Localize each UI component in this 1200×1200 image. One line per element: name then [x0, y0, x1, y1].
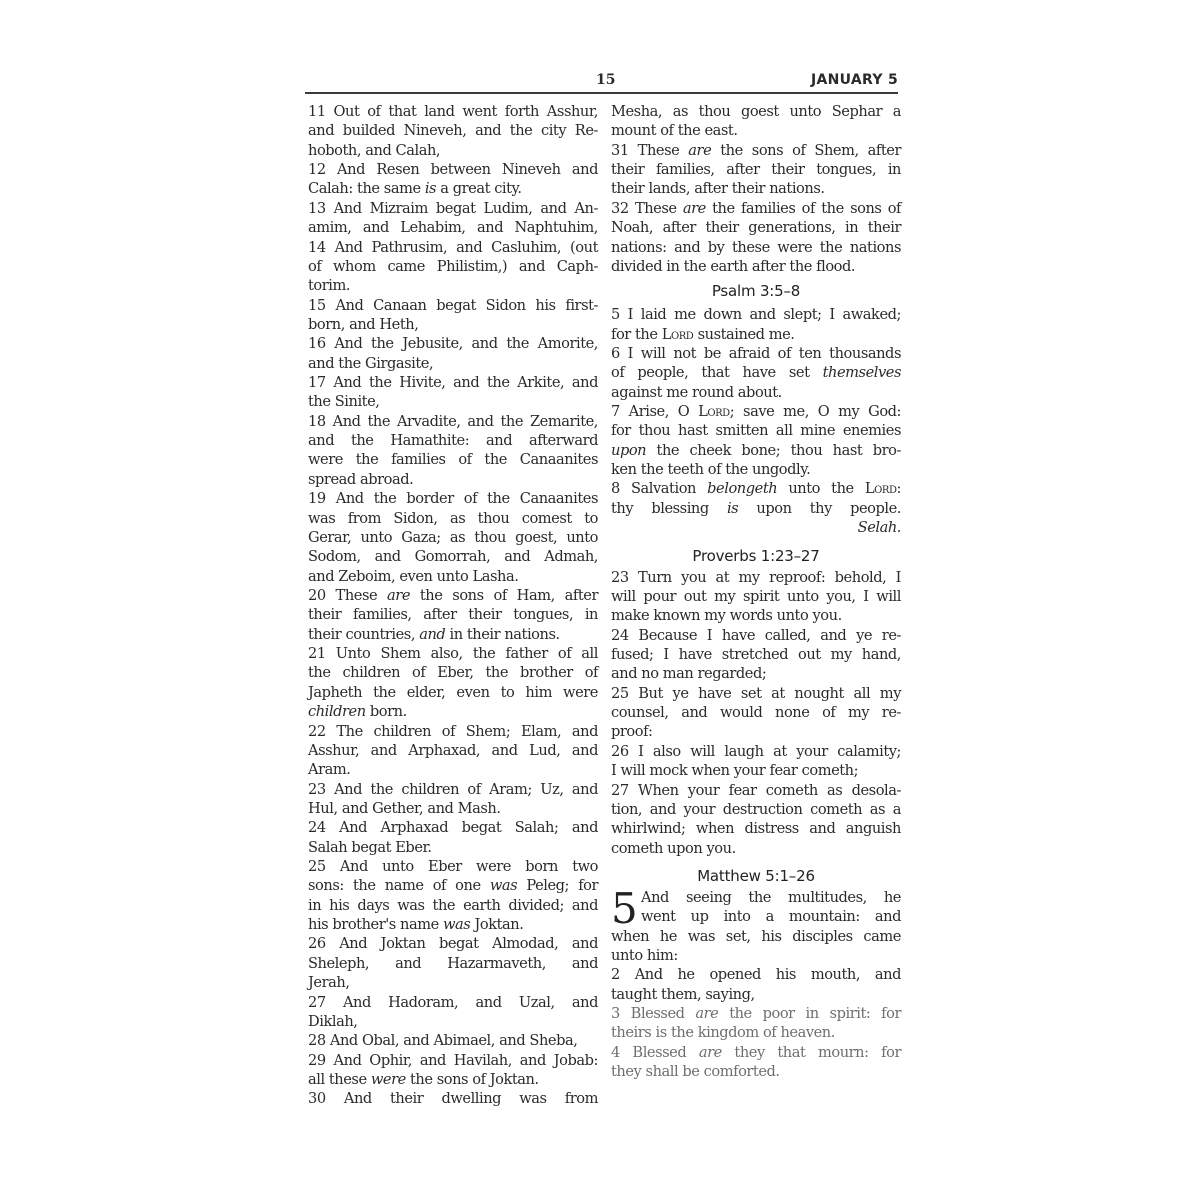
text-line: ken the teeth of the ungodly. — [611, 460, 901, 479]
verse-line: 32 These are the families of the sons of — [611, 199, 901, 218]
text-line: the Sinite, — [308, 392, 598, 411]
text-line: they shall be comforted. — [611, 1062, 901, 1081]
text-line: nations: and by these were the nations — [611, 238, 901, 257]
verse-line: 5 I laid me down and slept; I awaked; — [611, 305, 901, 324]
verse-line: 27 When your fear cometh as desola- — [611, 781, 901, 800]
matthew-text: 5 And seeing the multitudes, hewent up i… — [611, 888, 901, 1082]
text-line: thy blessing is upon thy people. — [611, 499, 901, 518]
matthew-heading: Matthew 5:1–26 — [611, 867, 901, 888]
text-line: mount of the east. — [611, 121, 901, 140]
verse-line: 7 Arise, O Lord; save me, O my God: — [611, 402, 901, 421]
verse-line: 24 Because I have called, and ye re- — [611, 626, 901, 645]
text-line: theirs is the kingdom of heaven. — [611, 1023, 901, 1042]
text-line: the children of Eber, the brother of — [308, 663, 598, 682]
text-line: unto him: — [611, 946, 901, 965]
text-line: their families, after their tongues, in — [611, 160, 901, 179]
text-line: torim. — [308, 276, 598, 295]
text-line: for the Lord sustained me. — [611, 325, 901, 344]
proverbs-text: 23 Turn you at my reproof: behold, Iwill… — [611, 568, 901, 858]
text-line: counsel, and would none of my re- — [611, 703, 901, 722]
text-line: of whom came Philistim,) and Caph- — [308, 257, 598, 276]
section-gap — [611, 538, 901, 547]
text-line: and Zeboim, even unto Lasha. — [308, 567, 598, 586]
drop-cap-chapter-number: 5 — [611, 891, 638, 927]
verse-line: 4 Blessed are they that mourn: for — [611, 1043, 901, 1062]
verse-line: 13 And Mizraim begat Ludim, and An- — [308, 199, 598, 218]
text-line: divided in the earth after the flood. — [611, 257, 901, 276]
text-line: I will mock when your fear cometh; — [611, 761, 901, 780]
text-line: tion, and your destruction cometh as a — [611, 800, 901, 819]
verse-line: 23 Turn you at my reproof: behold, I — [611, 568, 901, 587]
text-line: when he was set, his disciples came — [611, 927, 901, 946]
text-line: Diklah, — [308, 1012, 598, 1031]
verse-line: 30 And their dwelling was from — [308, 1089, 598, 1108]
genesis-continued: Mesha, as thou goest unto Sephar amount … — [611, 102, 901, 276]
text-line: taught them, saying, — [611, 985, 901, 1004]
verse-line: 14 And Pathrusim, and Casluhim, (out — [308, 238, 598, 257]
verse-line: 25 And unto Eber were born two — [308, 857, 598, 876]
text-line: their families, after their tongues, in — [308, 605, 598, 624]
text-line: amim, and Lehabim, and Naphtuhim, — [308, 218, 598, 237]
verse-line: 31 These are the sons of Shem, after — [611, 141, 901, 160]
verse-line: 23 And the children of Aram; Uz, and — [308, 780, 598, 799]
bible-page: 15 JANUARY 5 11 Out of that land went fo… — [0, 0, 1200, 1200]
psalm-text: 5 I laid me down and slept; I awaked;for… — [611, 305, 901, 537]
text-line: and the Hamathite: and afterward — [308, 431, 598, 450]
text-line: make known my words unto you. — [611, 606, 901, 625]
text-line: Calah: the same is a great city. — [308, 179, 598, 198]
running-title: JANUARY 5 — [811, 72, 898, 88]
text-line: their lands, after their nations. — [611, 179, 901, 198]
text-line: cometh upon you. — [611, 839, 901, 858]
verse-line: 16 And the Jebusite, and the Amorite, — [308, 334, 598, 353]
text-line: against me round about. — [611, 383, 901, 402]
verse-line: 27 And Hadoram, and Uzal, and — [308, 993, 598, 1012]
text-line: Sheleph, and Hazarmaveth, and — [308, 954, 598, 973]
text-line: spread abroad. — [308, 470, 598, 489]
text-line: upon the cheek bone; thou hast bro- — [611, 441, 901, 460]
verse-line: 11 Out of that land went forth Asshur, — [308, 102, 598, 121]
text-line: Gerar, unto Gaza; as thou goest, unto — [308, 528, 598, 547]
text-line: Mesha, as thou goest unto Sephar a — [611, 102, 901, 121]
text-line: for thou hast smitten all mine enemies — [611, 421, 901, 440]
verse-line: 26 I also will laugh at your calamity; — [611, 742, 901, 761]
verse-line: 28 And Obal, and Abimael, and Sheba, — [308, 1031, 598, 1050]
verse-line: 20 These are the sons of Ham, after — [308, 586, 598, 605]
text-line: his brother's name was Joktan. — [308, 915, 598, 934]
verse-line: 29 And Ophir, and Havilah, and Jobab: — [308, 1051, 598, 1070]
text-line: and the Girgasite, — [308, 354, 598, 373]
header-rule — [305, 92, 898, 94]
text-line: Japheth the elder, even to him were — [308, 683, 598, 702]
text-line: Asshur, and Arphaxad, and Lud, and — [308, 741, 598, 760]
verse-line: 2 And he opened his mouth, and — [611, 965, 901, 984]
proverbs-heading: Proverbs 1:23–27 — [611, 547, 901, 568]
text-line: was from Sidon, as thou comest to — [308, 509, 598, 528]
text-line: hoboth, and Calah, — [308, 141, 598, 160]
text-line: will pour out my spirit unto you, I will — [611, 587, 901, 606]
text-line: in his days was the earth divided; and — [308, 896, 598, 915]
text-line: Aram. — [308, 760, 598, 779]
verse-line: 6 I will not be afraid of ten thousands — [611, 344, 901, 363]
text-line: fused; I have stretched out my hand, — [611, 645, 901, 664]
text-line: all these were the sons of Joktan. — [308, 1070, 598, 1089]
text-line: children born. — [308, 702, 598, 721]
verse-line: 19 And the border of the Canaanites — [308, 489, 598, 508]
text-line: sons: the name of one was Peleg; for — [308, 876, 598, 895]
text-line: Jerah, — [308, 973, 598, 992]
text-line: born, and Heth, — [308, 315, 598, 334]
left-column: 11 Out of that land went forth Asshur,an… — [308, 102, 598, 1109]
text-line: proof: — [611, 722, 901, 741]
text-line: of people, that have set themselves — [611, 363, 901, 382]
verse-line: 3 Blessed are the poor in spirit: for — [611, 1004, 901, 1023]
running-head: 15 JANUARY 5 — [305, 70, 898, 92]
text-line: Selah. — [611, 518, 901, 537]
verse-line: 22 The children of Shem; Elam, and — [308, 722, 598, 741]
text-line: their countries, and in their nations. — [308, 625, 598, 644]
verse-line: 26 And Joktan begat Almodad, and — [308, 934, 598, 953]
verse-line: 17 And the Hivite, and the Arkite, and — [308, 373, 598, 392]
text-line: Salah begat Eber. — [308, 838, 598, 857]
text-line: Hul, and Gether, and Mash. — [308, 799, 598, 818]
text-line: whirlwind; when distress and anguish — [611, 819, 901, 838]
text-line: and builded Nineveh, and the city Re- — [308, 121, 598, 140]
text-line: Noah, after their generations, in their — [611, 218, 901, 237]
text-line: were the families of the Canaanites — [308, 450, 598, 469]
text-line: Sodom, and Gomorrah, and Admah, — [308, 547, 598, 566]
text-line: and no man regarded; — [611, 664, 901, 683]
page-number: 15 — [596, 72, 615, 88]
verse-line: 15 And Canaan begat Sidon his first- — [308, 296, 598, 315]
section-gap — [611, 858, 901, 867]
right-column: Mesha, as thou goest unto Sephar amount … — [611, 102, 901, 1082]
verse-line: 21 Unto Shem also, the father of all — [308, 644, 598, 663]
verse-line: 8 Salvation belongeth unto the Lord: — [611, 479, 901, 498]
psalm-heading: Psalm 3:5–8 — [611, 276, 901, 305]
text-line: And seeing the multitudes, he — [611, 888, 901, 907]
text-line: went up into a mountain: and — [611, 907, 901, 926]
verse-line: 18 And the Arvadite, and the Zemarite, — [308, 412, 598, 431]
verse-line: 24 And Arphaxad begat Salah; and — [308, 818, 598, 837]
verse-line: 25 But ye have set at nought all my — [611, 684, 901, 703]
verse-line: 12 And Resen between Nineveh and — [308, 160, 598, 179]
